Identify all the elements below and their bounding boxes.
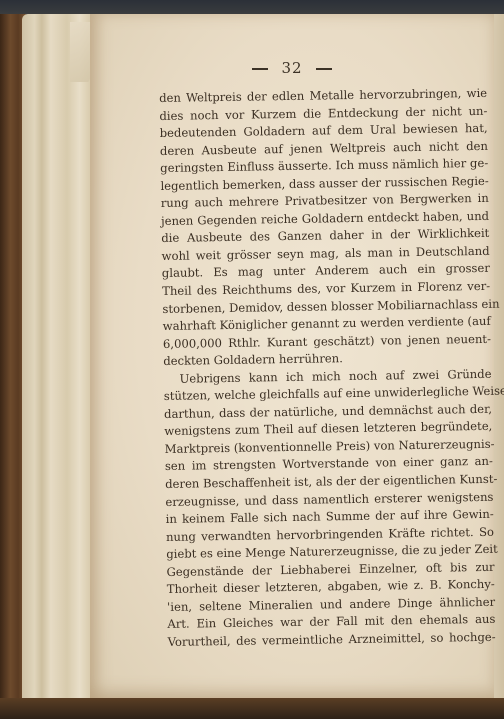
page-number: 32 xyxy=(281,59,302,77)
page-number-dash-right xyxy=(316,68,332,70)
page-number-header: 32 xyxy=(90,59,494,77)
background-top-strip xyxy=(0,0,504,14)
book-cover-bottom-edge xyxy=(0,698,504,719)
body-text: den Weltpreis der edlen Metalle hervorzu… xyxy=(159,85,496,652)
book-page: 32 den Weltpreis der edlen Metalle hervo… xyxy=(90,14,494,700)
page-number-dash-left xyxy=(252,68,268,70)
